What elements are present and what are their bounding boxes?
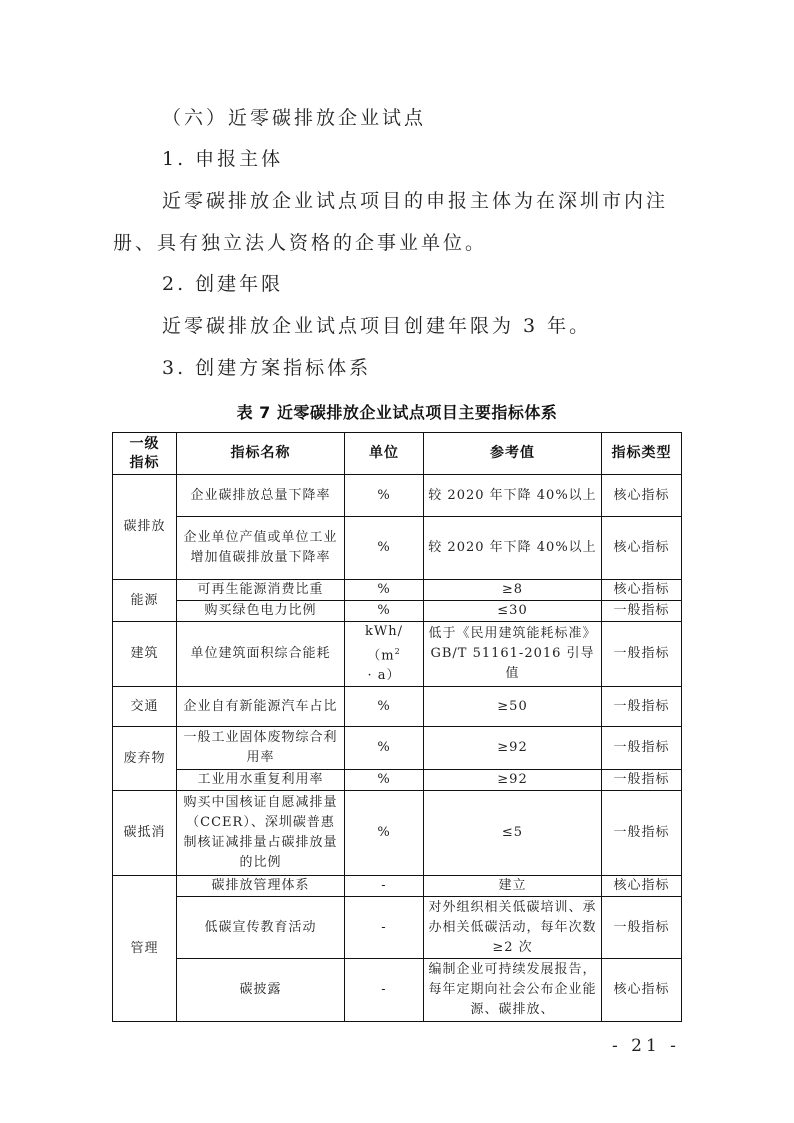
unit-line2-start: （m <box>367 648 394 663</box>
indicator-name: 企业自有新能源汽车占比 <box>177 687 345 727</box>
reference-cell: ≤30 <box>424 601 602 622</box>
header-type: 指标类型 <box>602 433 682 475</box>
table-row: 购买绿色电力比例 % ≤30 一般指标 <box>113 601 682 622</box>
indicator-name: 购买绿色电力比例 <box>177 601 345 622</box>
reference-cell: ≥50 <box>424 687 602 727</box>
category-cell: 交通 <box>113 687 177 727</box>
table-row: 碳披露 - 编制企业可持续发展报告，每年定期向社会公布企业能源、碳排放、 核心指… <box>113 959 682 1022</box>
reference-cell: ≥8 <box>424 580 602 601</box>
table-row: 低碳宣传教育活动 - 对外组织相关低碳培训、承办相关低碳活动，每年次数≥2 次 … <box>113 897 682 959</box>
item-2-heading: 2. 创建年限 <box>162 272 283 296</box>
unit-cell: % <box>345 517 424 580</box>
type-cell: 一般指标 <box>602 687 682 727</box>
unit-line2-end: · a） <box>367 668 400 683</box>
item-2-body-line1: 近零碳排放企业试点项目创建年限为 3 年。 <box>162 314 591 338</box>
table-row: 交通 企业自有新能源汽车占比 % ≥50 一般指标 <box>113 687 682 727</box>
category-cell: 能源 <box>113 580 177 622</box>
indicator-name: 企业碳排放总量下降率 <box>177 475 345 517</box>
reference-cell: 较 2020 年下降 40%以上 <box>424 517 602 580</box>
category-cell: 建筑 <box>113 622 177 687</box>
unit-line1: kWh/ <box>349 622 419 642</box>
indicator-name: 单位建筑面积综合能耗 <box>177 622 345 687</box>
unit-cell: - <box>345 897 424 959</box>
indicator-name: 购买中国核证自愿减排量（CCER）、深圳碳普惠制核证减排量占碳排放量的比例 <box>177 791 345 876</box>
header-level1: 一级 指标 <box>113 433 177 475</box>
reference-cell: ≤5 <box>424 791 602 876</box>
indicator-name: 一般工业固体废物综合利用率 <box>177 727 345 770</box>
reference-cell: 较 2020 年下降 40%以上 <box>424 475 602 517</box>
indicator-name: 企业单位产值或单位工业增加值碳排放量下降率 <box>177 517 345 580</box>
unit-superscript: 2 <box>395 647 401 656</box>
item-1-heading: 1. 申报主体 <box>162 147 283 171</box>
indicator-name: 低碳宣传教育活动 <box>177 897 345 959</box>
header-reference: 参考值 <box>424 433 602 475</box>
unit-cell: kWh/ （m2 · a） <box>345 622 424 687</box>
table-row: 工业用水重复利用率 % ≥92 一般指标 <box>113 770 682 791</box>
table-row: 管理 碳排放管理体系 - 建立 核心指标 <box>113 876 682 897</box>
unit-cell: % <box>345 791 424 876</box>
unit-cell: % <box>345 687 424 727</box>
type-cell: 核心指标 <box>602 517 682 580</box>
reference-cell: 低于《民用建筑能耗标准》GB/T 51161-2016 引导值 <box>424 622 602 687</box>
document-page: （六）近零碳排放企业试点 1. 申报主体 近零碳排放企业试点项目的申报主体为在深… <box>0 0 794 1123</box>
reference-cell: ≥92 <box>424 727 602 770</box>
table-row: 碳排放 企业碳排放总量下降率 % 较 2020 年下降 40%以上 核心指标 <box>113 475 682 517</box>
table-row: 企业单位产值或单位工业增加值碳排放量下降率 % 较 2020 年下降 40%以上… <box>113 517 682 580</box>
category-cell: 废弃物 <box>113 727 177 791</box>
unit-cell: - <box>345 876 424 897</box>
indicator-name: 碳排放管理体系 <box>177 876 345 897</box>
unit-line2: （m2 · a） <box>349 642 419 686</box>
item-1-body-line2: 册、具有独立法人资格的企事业单位。 <box>113 231 487 255</box>
type-cell: 一般指标 <box>602 601 682 622</box>
unit-cell: % <box>345 580 424 601</box>
type-cell: 核心指标 <box>602 876 682 897</box>
section-heading: （六）近零碳排放企业试点 <box>162 106 426 130</box>
indicator-name: 可再生能源消费比重 <box>177 580 345 601</box>
type-cell: 核心指标 <box>602 580 682 601</box>
indicator-name: 工业用水重复利用率 <box>177 770 345 791</box>
type-cell: 核心指标 <box>602 475 682 517</box>
page-number: - 21 - <box>612 1036 680 1056</box>
unit-cell: % <box>345 770 424 791</box>
header-level1-line2: 指标 <box>117 454 172 473</box>
item-1-body-line1: 近零碳排放企业试点项目的申报主体为在深圳市内注 <box>162 189 668 213</box>
header-name: 指标名称 <box>177 433 345 475</box>
indicator-name: 碳披露 <box>177 959 345 1022</box>
item-3-heading: 3. 创建方案指标体系 <box>162 356 371 380</box>
table-row: 废弃物 一般工业固体废物综合利用率 % ≥92 一般指标 <box>113 727 682 770</box>
unit-cell: % <box>345 475 424 517</box>
type-cell: 一般指标 <box>602 770 682 791</box>
type-cell: 核心指标 <box>602 959 682 1022</box>
table-header-row: 一级 指标 指标名称 单位 参考值 指标类型 <box>113 433 682 475</box>
table-row: 能源 可再生能源消费比重 % ≥8 核心指标 <box>113 580 682 601</box>
type-cell: 一般指标 <box>602 622 682 687</box>
reference-cell: 建立 <box>424 876 602 897</box>
unit-cell: - <box>345 959 424 1022</box>
type-cell: 一般指标 <box>602 791 682 876</box>
indicator-table: 一级 指标 指标名称 单位 参考值 指标类型 碳排放 企业碳排放总量下降率 % … <box>112 432 682 1022</box>
reference-cell: 对外组织相关低碳培训、承办相关低碳活动，每年次数≥2 次 <box>424 897 602 959</box>
table-row: 碳抵消 购买中国核证自愿减排量（CCER）、深圳碳普惠制核证减排量占碳排放量的比… <box>113 791 682 876</box>
unit-cell: % <box>345 601 424 622</box>
header-unit: 单位 <box>345 433 424 475</box>
header-level1-line1: 一级 <box>117 435 172 454</box>
reference-cell: 编制企业可持续发展报告，每年定期向社会公布企业能源、碳排放、 <box>424 959 602 1022</box>
type-cell: 一般指标 <box>602 897 682 959</box>
category-cell: 管理 <box>113 876 177 1022</box>
table-caption: 表 7 近零碳排放企业试点项目主要指标体系 <box>0 400 794 423</box>
unit-cell: % <box>345 727 424 770</box>
table-row: 建筑 单位建筑面积综合能耗 kWh/ （m2 · a） 低于《民用建筑能耗标准》… <box>113 622 682 687</box>
category-cell: 碳排放 <box>113 475 177 580</box>
type-cell: 一般指标 <box>602 727 682 770</box>
category-cell: 碳抵消 <box>113 791 177 876</box>
reference-cell: ≥92 <box>424 770 602 791</box>
